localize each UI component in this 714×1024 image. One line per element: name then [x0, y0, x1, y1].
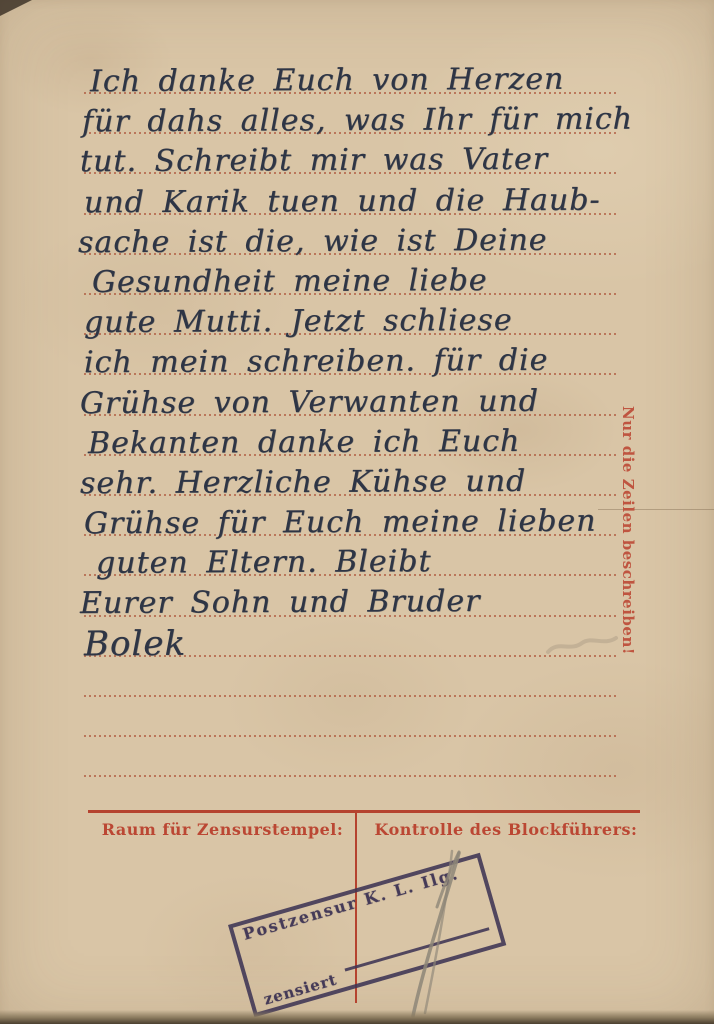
handwriting-line: sehr. Herzliche Kühse und: [80, 462, 526, 508]
footer-rule: [88, 810, 640, 813]
margin-instruction: Nur die Zeilen beschreiben!: [615, 406, 637, 618]
handwriting-line: für dahs alles, was Ihr für mich: [82, 100, 633, 147]
signature: Bolek: [84, 624, 186, 669]
handwriting-line: gute Mutti. Jetzt schliese: [84, 301, 513, 347]
handwriting-line: Ich danke Euch von Herzen: [90, 60, 565, 106]
handwriting-line: ich mein schreiben. für die: [84, 341, 549, 387]
ruled-line: [84, 695, 618, 697]
blockfuehrer-label: Kontrolle des Blockführers:: [368, 820, 644, 839]
censor-area-label: Raum für Zensurstempel:: [95, 820, 350, 839]
ruled-line: [84, 735, 618, 737]
letter-scan: Ich danke Euch von Herzen für dahs alles…: [0, 0, 714, 1024]
handwriting-line: tut. Schreibt mir was Vater: [80, 140, 548, 186]
scan-bottom-edge: [0, 1010, 714, 1024]
handwriting-line: Grühse für Euch meine lieben: [84, 502, 597, 549]
handwriting-line: Gesundheit meine liebe: [92, 261, 488, 307]
handwriting-line: Eurer Sohn und Bruder: [80, 582, 481, 628]
ruled-line: [84, 775, 618, 777]
handwriting-line: Bekanten danke ich Euch: [88, 422, 521, 468]
scan-corner-mark: [0, 0, 32, 16]
handwriting-line: guten Eltern. Bleibt: [96, 542, 432, 588]
